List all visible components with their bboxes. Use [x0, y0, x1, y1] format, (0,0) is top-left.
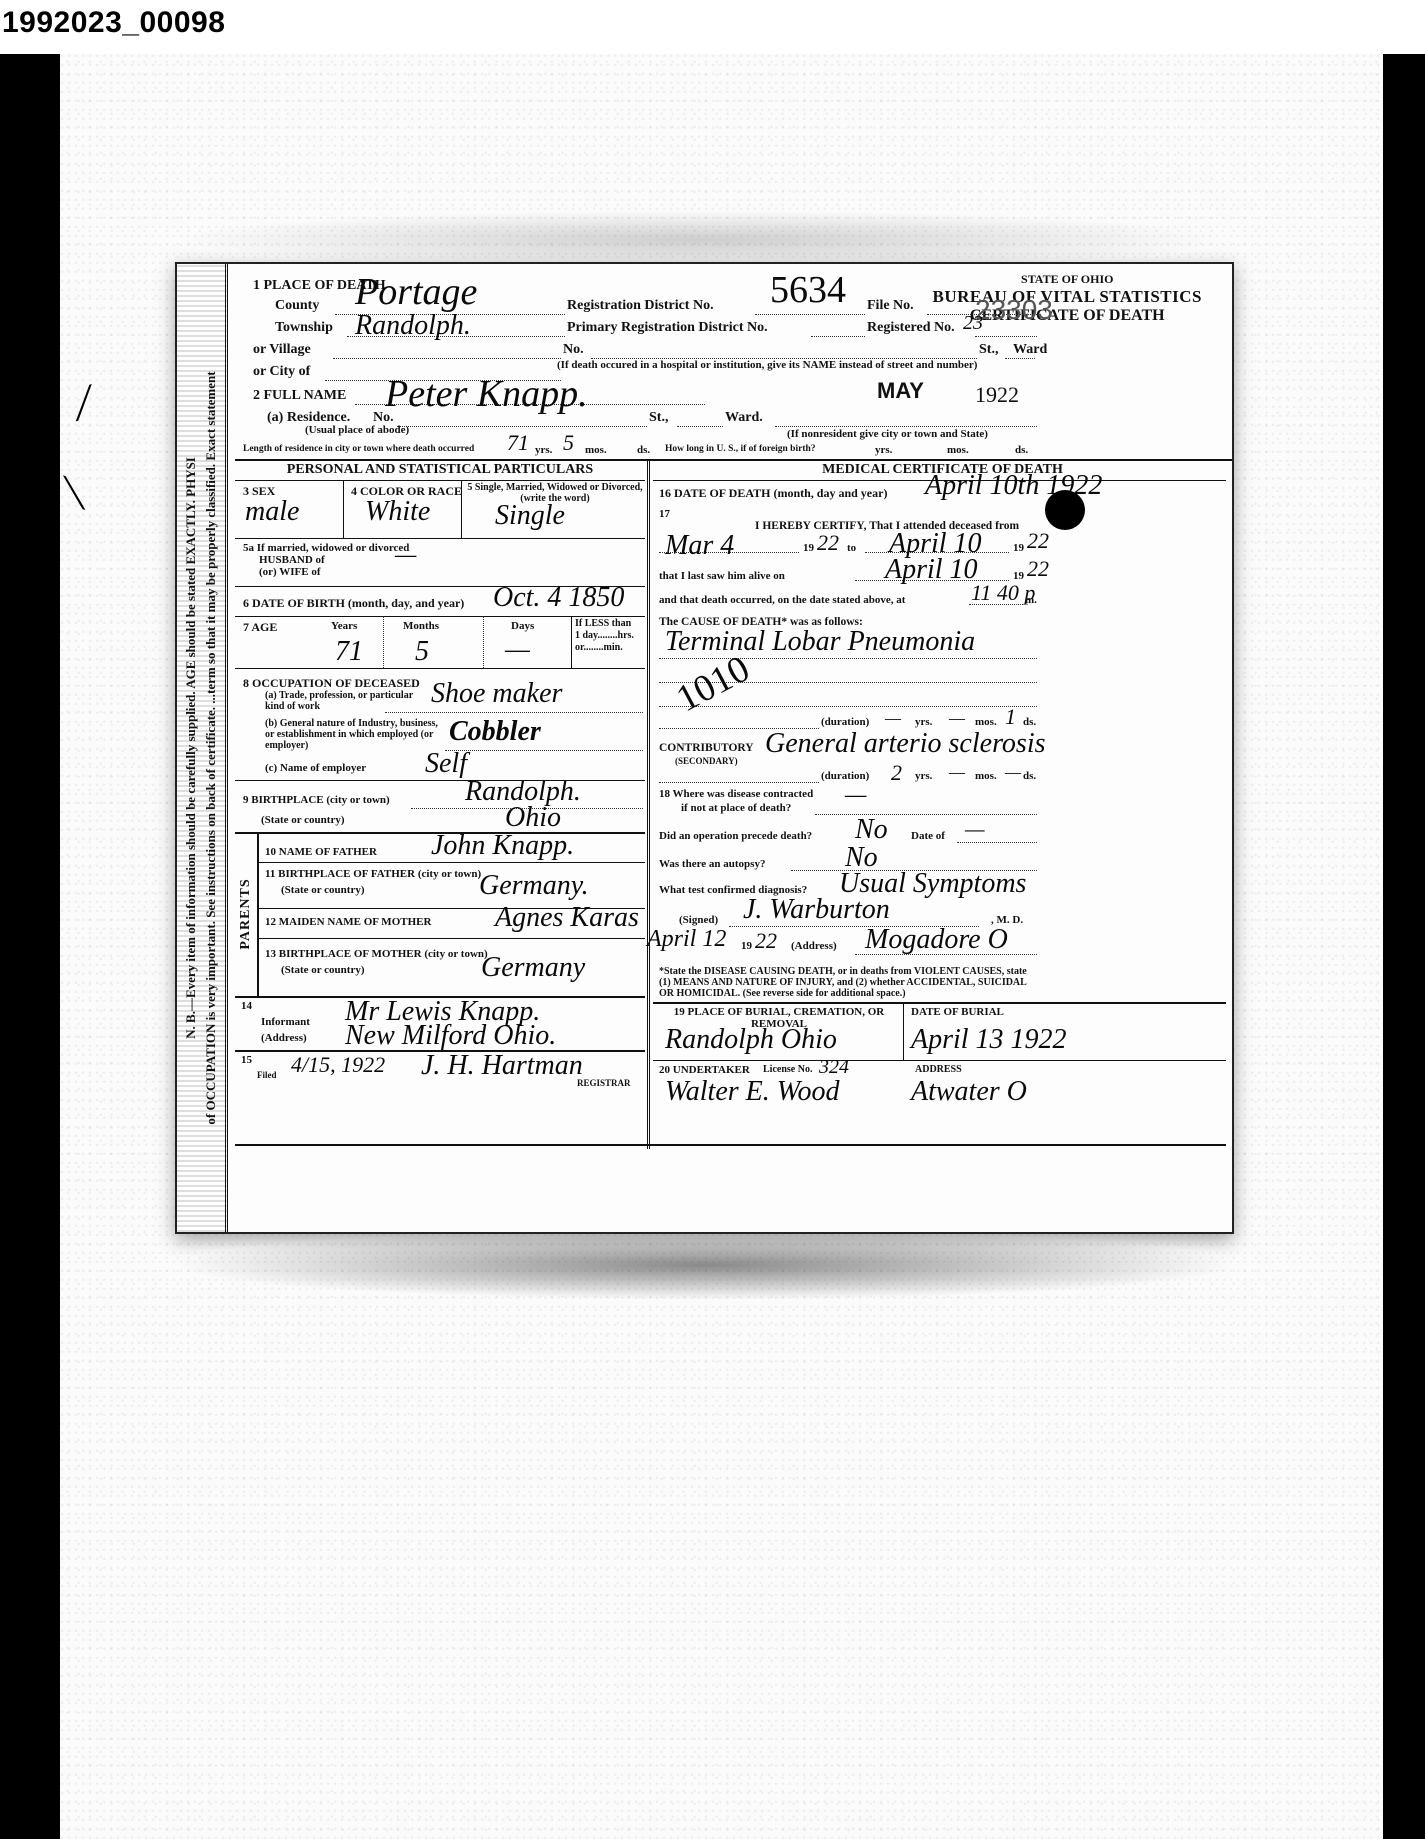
age-days-value[interactable]: — — [505, 634, 530, 666]
father-birthplace-value[interactable]: Germany. — [479, 870, 589, 902]
industry-label: (b) General nature of Industry, business… — [265, 718, 445, 751]
industry-value[interactable]: Cobbler — [449, 716, 541, 748]
length-of-residence-label: Length of residence in city or town wher… — [243, 444, 474, 454]
length-months-value[interactable]: 5 — [563, 430, 574, 456]
mother-name-value[interactable]: Agnes Karas — [495, 902, 639, 934]
registration-district-label: Registration District No. — [567, 298, 714, 314]
parents-tab: PARENTS — [235, 832, 259, 996]
signed-year-value[interactable]: 22 — [755, 928, 777, 954]
file-no-value[interactable]: 23303 — [975, 294, 1053, 326]
residence-st-label: St., — [649, 410, 668, 426]
spouse-label-3: (or) WIFE of — [259, 566, 321, 578]
residence-ward-label: Ward. — [725, 410, 763, 426]
age-years-value[interactable]: 71 — [335, 636, 363, 668]
county-label: County — [275, 298, 319, 314]
dob-label: 6 DATE OF BIRTH (month, day, and year) — [243, 596, 464, 611]
operation-label: Did an operation precede death? — [659, 830, 812, 842]
last-saw-value[interactable]: April 10 — [885, 554, 978, 586]
operation-date-value[interactable]: — — [965, 816, 985, 842]
spouse-label-2: HUSBAND of — [259, 554, 325, 566]
less-than-label-2: 1 day........hrs. — [575, 630, 634, 641]
physician-signature[interactable]: J. Warburton — [743, 894, 890, 926]
signed-year-prefix: 19 — [741, 940, 752, 952]
filed-date-value[interactable]: 4/15, 1922 — [291, 1052, 385, 1078]
address-no-label: No. — [563, 342, 584, 358]
employer-value[interactable]: Self — [425, 748, 467, 780]
duration-1-ds-value[interactable]: 1 — [1005, 704, 1016, 730]
filed-label: Filed — [257, 1070, 277, 1080]
time-suffix: m. — [1025, 594, 1037, 606]
registrar-signature[interactable]: J. H. Hartman — [421, 1050, 583, 1082]
last-saw-year[interactable]: 22 — [1027, 556, 1049, 582]
undertaker-address-value[interactable]: Atwater O — [911, 1076, 1027, 1108]
informant-label: Informant — [261, 1016, 310, 1028]
mother-name-label: 12 MAIDEN NAME OF MOTHER — [265, 916, 431, 928]
sex-value[interactable]: male — [245, 496, 299, 528]
duration-2-mos-value[interactable]: — — [949, 762, 965, 783]
duration-2-yrs-value[interactable]: 2 — [891, 760, 902, 786]
informant-address-value[interactable]: New Milford Ohio. — [345, 1020, 556, 1052]
attended-from-year-prefix: 19 — [803, 542, 814, 554]
nonresident-note: (If nonresident give city or town and St… — [787, 428, 988, 440]
primary-registration-label: Primary Registration District No. — [567, 320, 768, 336]
certify-number: 17 — [659, 508, 670, 520]
filed-number: 15 — [241, 1054, 252, 1066]
mother-birthplace-label: 13 BIRTHPLACE OF MOTHER (city or town) — [265, 948, 488, 960]
scan-border-left — [0, 54, 60, 1839]
length-yrs-label: yrs. — [535, 444, 552, 456]
informant-number: 14 — [241, 1000, 252, 1012]
duration-2-mos-label: mos. — [975, 770, 997, 782]
trade-value[interactable]: Shoe maker — [431, 678, 562, 710]
undertaker-address-label: ADDRESS — [915, 1064, 962, 1075]
duration-2-ds-label: ds. — [1023, 770, 1036, 782]
scan-shadow-bottom — [170, 1230, 1240, 1300]
parents-label: PARENTS — [238, 878, 254, 949]
duration-1-label: (duration) — [821, 716, 869, 728]
age-label: 7 AGE — [243, 620, 277, 635]
length-ds-label: ds. — [637, 444, 650, 456]
state-label: STATE OF OHIO — [933, 272, 1203, 287]
registrar-label: REGISTRAR — [577, 1078, 631, 1088]
cause-footnote: *State the DISEASE CAUSING DEATH, or in … — [659, 966, 1039, 999]
license-label: License No. — [763, 1064, 812, 1075]
age-months-value[interactable]: 5 — [415, 636, 429, 668]
personal-section-title: PERSONAL AND STATISTICAL PARTICULARS — [235, 462, 645, 478]
operation-date-label: Date of — [911, 830, 945, 842]
contracted-value[interactable]: — — [845, 782, 866, 809]
contributory-value[interactable]: General arterio sclerosis — [765, 728, 1046, 760]
city-label: or City of — [253, 364, 310, 380]
death-certificate: N. B.—Every item of information should b… — [175, 262, 1234, 1234]
physician-address-value[interactable]: Mogadore O — [865, 924, 1008, 956]
father-name-value[interactable]: John Knapp. — [431, 830, 574, 862]
physician-address-label: (Address) — [791, 940, 837, 952]
registered-no-value[interactable]: 23 — [963, 312, 983, 335]
received-stamp-month: MAY — [877, 378, 924, 404]
father-birthplace-label: 11 BIRTHPLACE OF FATHER (city or town) — [265, 868, 481, 880]
date-of-death-label: 16 DATE OF DEATH (month, day and year) — [659, 486, 887, 501]
file-no-label: File No. — [867, 298, 914, 314]
trade-label: (a) Trade, profession, or particular kin… — [265, 690, 415, 712]
ink-blot — [1045, 490, 1085, 530]
undertaker-label: 20 UNDERTAKER — [659, 1064, 750, 1076]
instructions-margin: N. B.—Every item of information should b… — [177, 264, 228, 1232]
full-name-label: 2 FULL NAME — [253, 388, 346, 404]
length-mos-label: mos. — [585, 444, 607, 456]
scan-shadow-top — [170, 210, 1230, 270]
foreign-ds-label: ds. — [1015, 444, 1028, 456]
mother-birthplace-state-label: (State or country) — [281, 964, 365, 976]
employer-label: (c) Name of employer — [265, 762, 366, 774]
duration-1-mos-value[interactable]: — — [949, 708, 965, 729]
attended-from-year[interactable]: 22 — [817, 530, 839, 556]
father-birthplace-state-label: (State or country) — [281, 884, 365, 896]
address-st-label: St., — [979, 342, 998, 358]
marital-status-value[interactable]: Single — [495, 500, 565, 532]
signed-label: (Signed) — [679, 914, 718, 926]
burial-place-value[interactable]: Randolph Ohio — [665, 1024, 837, 1056]
attended-to-year[interactable]: 22 — [1027, 528, 1049, 554]
hospital-note: (If death occured in a hospital or insti… — [557, 359, 977, 371]
attended-to-label: to — [847, 542, 856, 554]
document-id: 1992023_00098 — [2, 6, 225, 40]
attended-to-year-prefix: 19 — [1013, 542, 1024, 554]
duration-2-ds-value[interactable]: — — [1005, 762, 1021, 783]
spouse-value[interactable]: — — [395, 542, 416, 569]
registered-no-label: Registered No. — [867, 320, 955, 336]
duration-1-mos-label: mos. — [975, 716, 997, 728]
mother-birthplace-value[interactable]: Germany — [481, 952, 585, 984]
scan-border-right — [1383, 54, 1425, 1839]
margin-note-1: N. B.—Every item of information should b… — [183, 457, 199, 1039]
contributory-label: CONTRIBUTORY — [659, 742, 754, 754]
secondary-label: (SECONDARY) — [675, 756, 738, 766]
age-years-label: Years — [331, 620, 357, 632]
length-years-value[interactable]: 71 — [507, 430, 529, 456]
bureau-label: BUREAU OF VITAL STATISTICS — [933, 287, 1203, 307]
received-stamp-year: 1922 — [975, 382, 1019, 408]
contracted-label-1: 18 Where was disease contracted — [659, 788, 813, 800]
less-than-label-1: If LESS than — [575, 618, 631, 629]
age-months-label: Months — [403, 620, 439, 632]
attended-from-value[interactable]: Mar 4 — [665, 530, 734, 562]
foreign-birth-label: How long in U. S., if of foreign birth? — [665, 444, 816, 454]
certificate-form: STATE OF OHIO BUREAU OF VITAL STATISTICS… — [235, 264, 1232, 1232]
autopsy-label: Was there an autopsy? — [659, 858, 765, 870]
signed-date-value[interactable]: April 12 — [647, 926, 726, 953]
township-value[interactable]: Randolph. — [355, 310, 471, 342]
full-name-value[interactable]: Peter Knapp. — [385, 372, 588, 416]
undertaker-name-value[interactable]: Walter E. Wood — [665, 1076, 840, 1108]
duration-2-label: (duration) — [821, 770, 869, 782]
race-value[interactable]: White — [365, 496, 430, 528]
address-ward-label: Ward — [1013, 342, 1047, 358]
cause-of-death-value[interactable]: Terminal Lobar Pneumonia — [665, 626, 975, 658]
township-label: Township — [275, 320, 333, 336]
duration-1-yrs-label: yrs. — [915, 716, 932, 728]
birthplace-label: 9 BIRTHPLACE (city or town) — [243, 794, 390, 806]
duration-1-ds-label: ds. — [1023, 716, 1036, 728]
father-name-label: 10 NAME OF FATHER — [265, 846, 377, 858]
village-label: or Village — [253, 342, 311, 358]
informant-address-label: (Address) — [261, 1032, 307, 1044]
foreign-mos-label: mos. — [947, 444, 969, 456]
time-of-death-label: and that death occurred, on the date sta… — [659, 594, 905, 606]
contracted-label-2: if not at place of death? — [681, 802, 791, 814]
registration-district-value[interactable]: 5634 — [770, 268, 846, 312]
less-than-label-3: or........min. — [575, 642, 623, 653]
dob-value[interactable]: Oct. 4 1850 — [493, 582, 624, 614]
foreign-yrs-label: yrs. — [875, 444, 892, 456]
margin-note-2: of OCCUPATION is very important. See ins… — [203, 371, 219, 1124]
duration-1-yrs-value[interactable]: — — [885, 708, 901, 729]
occupation-label: 8 OCCUPATION OF DECEASED — [243, 676, 420, 691]
county-value[interactable]: Portage — [355, 270, 477, 314]
duration-2-yrs-label: yrs. — [915, 770, 932, 782]
birthplace-state-label: (State or country) — [261, 814, 345, 826]
residence-sub-label: (Usual place of abode) — [305, 424, 409, 436]
burial-date-label: DATE OF BURIAL — [911, 1006, 1004, 1018]
last-saw-label: that I last saw him alive on — [659, 570, 785, 582]
burial-date-value[interactable]: April 13 1922 — [911, 1024, 1067, 1056]
spouse-label-1: 5a If married, widowed or divorced — [243, 542, 409, 554]
age-days-label: Days — [511, 620, 534, 632]
